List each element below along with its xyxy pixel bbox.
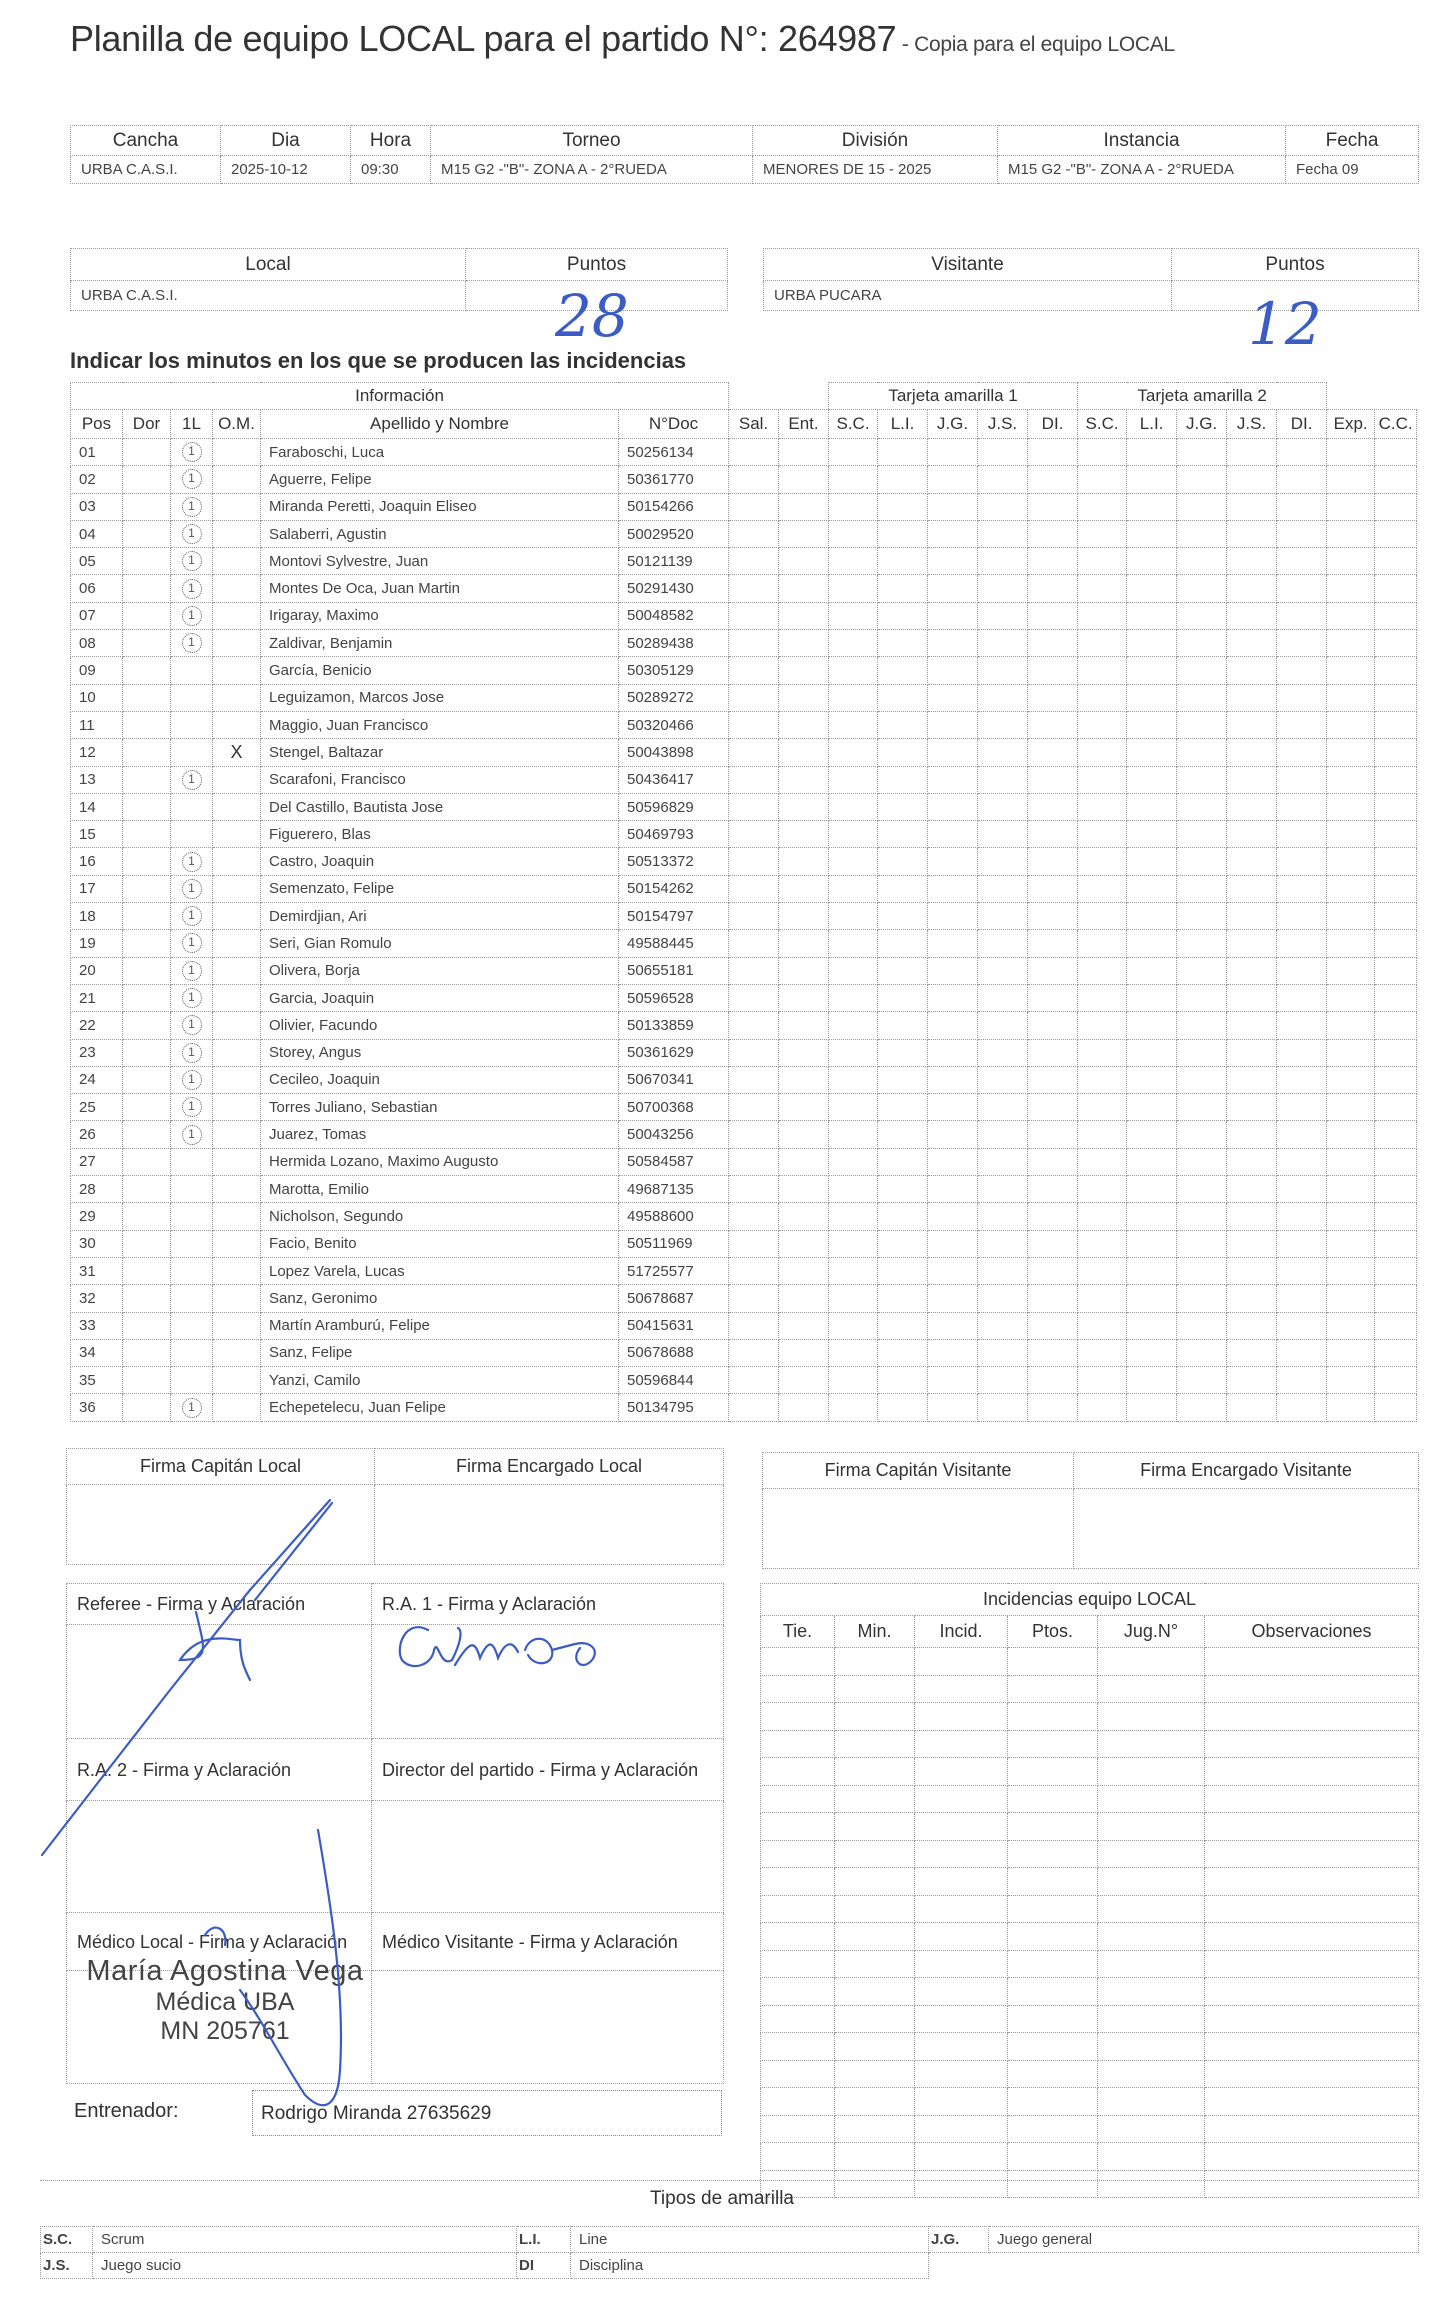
director-signature-field[interactable]: [372, 1801, 724, 1913]
incidents-cell-field[interactable]: [835, 2005, 915, 2033]
player-yc2-jg-field[interactable]: [1177, 984, 1227, 1011]
player-yc1-sc-field[interactable]: [829, 1312, 878, 1339]
player-dor-field[interactable]: [123, 548, 171, 575]
incidents-cell-field[interactable]: [835, 1950, 915, 1978]
player-yc1-li-field[interactable]: [878, 1176, 928, 1203]
player-cc-field[interactable]: [1375, 1230, 1417, 1257]
player-yc2-li-field[interactable]: [1127, 1312, 1177, 1339]
player-yc2-li-field[interactable]: [1127, 520, 1177, 547]
player-cc-field[interactable]: [1375, 1121, 1417, 1148]
player-yc2-jg-field[interactable]: [1177, 1176, 1227, 1203]
player-cc-field[interactable]: [1375, 1312, 1417, 1339]
player-yc2-js-field[interactable]: [1227, 1257, 1277, 1284]
player-cc-field[interactable]: [1375, 903, 1417, 930]
player-yc2-di-field[interactable]: [1277, 1257, 1327, 1284]
player-yc2-js-field[interactable]: [1227, 1230, 1277, 1257]
player-cc-field[interactable]: [1375, 1285, 1417, 1312]
player-yc2-di-field[interactable]: [1277, 1394, 1327, 1421]
player-yc1-di-field[interactable]: [1028, 766, 1078, 793]
referee-signature-field[interactable]: [67, 1625, 372, 1739]
player-cc-field[interactable]: [1375, 1176, 1417, 1203]
player-yc1-li-field[interactable]: [878, 1230, 928, 1257]
player-yc2-li-field[interactable]: [1127, 793, 1177, 820]
player-exp-field[interactable]: [1327, 930, 1375, 957]
player-yc2-jg-field[interactable]: [1177, 657, 1227, 684]
player-yc1-js-field[interactable]: [978, 657, 1028, 684]
incidents-cell-field[interactable]: [761, 1758, 835, 1786]
player-ent-field[interactable]: [779, 1367, 829, 1394]
player-yc2-js-field[interactable]: [1227, 793, 1277, 820]
player-yc1-li-field[interactable]: [878, 466, 928, 493]
player-yc1-di-field[interactable]: [1028, 1257, 1078, 1284]
incidents-cell-field[interactable]: [835, 1758, 915, 1786]
incidents-cell-field[interactable]: [1008, 1868, 1098, 1896]
player-yc1-sc-field[interactable]: [829, 1394, 878, 1421]
player-yc2-sc-field[interactable]: [1078, 1394, 1127, 1421]
player-yc2-li-field[interactable]: [1127, 684, 1177, 711]
player-yc1-di-field[interactable]: [1028, 602, 1078, 629]
player-yc1-js-field[interactable]: [978, 1176, 1028, 1203]
player-yc1-js-field[interactable]: [978, 1339, 1028, 1366]
incidents-cell-field[interactable]: [1205, 1675, 1419, 1703]
incidents-cell-field[interactable]: [1205, 1978, 1419, 2006]
player-cc-field[interactable]: [1375, 1394, 1417, 1421]
player-ent-field[interactable]: [779, 1012, 829, 1039]
incidents-cell-field[interactable]: [1205, 2088, 1419, 2116]
player-sal-field[interactable]: [729, 1039, 779, 1066]
player-yc1-sc-field[interactable]: [829, 1203, 878, 1230]
player-yc1-li-field[interactable]: [878, 821, 928, 848]
player-sal-field[interactable]: [729, 493, 779, 520]
incidents-cell-field[interactable]: [1205, 1813, 1419, 1841]
incidents-cell-field[interactable]: [835, 2033, 915, 2061]
player-yc1-di-field[interactable]: [1028, 1285, 1078, 1312]
player-yc2-sc-field[interactable]: [1078, 711, 1127, 738]
player-ent-field[interactable]: [779, 1039, 829, 1066]
player-dor-field[interactable]: [123, 1394, 171, 1421]
player-yc2-js-field[interactable]: [1227, 1285, 1277, 1312]
incidents-cell-field[interactable]: [1205, 1840, 1419, 1868]
player-yc2-di-field[interactable]: [1277, 848, 1327, 875]
player-dor-field[interactable]: [123, 1121, 171, 1148]
incidents-cell-field[interactable]: [835, 1978, 915, 2006]
player-yc1-sc-field[interactable]: [829, 848, 878, 875]
player-yc2-js-field[interactable]: [1227, 1039, 1277, 1066]
player-yc2-sc-field[interactable]: [1078, 1230, 1127, 1257]
player-dor-field[interactable]: [123, 984, 171, 1011]
player-yc1-jg-field[interactable]: [928, 1066, 978, 1093]
player-exp-field[interactable]: [1327, 1285, 1375, 1312]
player-yc1-jg-field[interactable]: [928, 903, 978, 930]
incidents-cell-field[interactable]: [761, 1950, 835, 1978]
player-dor-field[interactable]: [123, 684, 171, 711]
incidents-cell-field[interactable]: [1008, 2088, 1098, 2116]
player-yc1-jg-field[interactable]: [928, 684, 978, 711]
player-yc1-li-field[interactable]: [878, 903, 928, 930]
incidents-cell-field[interactable]: [1098, 1703, 1205, 1731]
player-ent-field[interactable]: [779, 575, 829, 602]
player-sal-field[interactable]: [729, 984, 779, 1011]
player-yc2-js-field[interactable]: [1227, 1012, 1277, 1039]
player-ent-field[interactable]: [779, 1148, 829, 1175]
incidents-cell-field[interactable]: [1205, 2115, 1419, 2143]
player-yc1-sc-field[interactable]: [829, 875, 878, 902]
player-dor-field[interactable]: [123, 1339, 171, 1366]
incidents-cell-field[interactable]: [761, 1813, 835, 1841]
player-dor-field[interactable]: [123, 1312, 171, 1339]
player-yc2-di-field[interactable]: [1277, 493, 1327, 520]
incidents-cell-field[interactable]: [835, 1703, 915, 1731]
player-yc2-jg-field[interactable]: [1177, 630, 1227, 657]
player-yc1-js-field[interactable]: [978, 1285, 1028, 1312]
player-yc1-di-field[interactable]: [1028, 1339, 1078, 1366]
player-yc1-di-field[interactable]: [1028, 575, 1078, 602]
incidents-cell-field[interactable]: [1098, 2088, 1205, 2116]
incidents-cell-field[interactable]: [1098, 1895, 1205, 1923]
player-yc2-di-field[interactable]: [1277, 520, 1327, 547]
player-yc2-js-field[interactable]: [1227, 439, 1277, 466]
incidents-cell-field[interactable]: [761, 1868, 835, 1896]
player-yc1-di-field[interactable]: [1028, 711, 1078, 738]
incidents-cell-field[interactable]: [761, 2088, 835, 2116]
player-dor-field[interactable]: [123, 657, 171, 684]
player-yc1-li-field[interactable]: [878, 957, 928, 984]
incidents-cell-field[interactable]: [1098, 1730, 1205, 1758]
player-yc2-sc-field[interactable]: [1078, 548, 1127, 575]
player-yc1-jg-field[interactable]: [928, 493, 978, 520]
player-yc1-jg-field[interactable]: [928, 1339, 978, 1366]
incidents-cell-field[interactable]: [1205, 1703, 1419, 1731]
player-yc2-di-field[interactable]: [1277, 1285, 1327, 1312]
player-yc2-jg-field[interactable]: [1177, 1094, 1227, 1121]
player-yc1-di-field[interactable]: [1028, 930, 1078, 957]
player-yc2-jg-field[interactable]: [1177, 875, 1227, 902]
player-yc1-li-field[interactable]: [878, 684, 928, 711]
player-yc1-jg-field[interactable]: [928, 1312, 978, 1339]
incidents-cell-field[interactable]: [835, 1923, 915, 1951]
player-yc1-di-field[interactable]: [1028, 793, 1078, 820]
player-yc1-jg-field[interactable]: [928, 1257, 978, 1284]
player-yc1-li-field[interactable]: [878, 711, 928, 738]
player-yc1-di-field[interactable]: [1028, 493, 1078, 520]
player-yc2-sc-field[interactable]: [1078, 1121, 1127, 1148]
player-dor-field[interactable]: [123, 903, 171, 930]
player-yc2-di-field[interactable]: [1277, 903, 1327, 930]
player-yc2-sc-field[interactable]: [1078, 493, 1127, 520]
player-yc2-sc-field[interactable]: [1078, 1066, 1127, 1093]
player-yc1-js-field[interactable]: [978, 493, 1028, 520]
player-sal-field[interactable]: [729, 630, 779, 657]
player-yc1-li-field[interactable]: [878, 1121, 928, 1148]
player-yc2-js-field[interactable]: [1227, 466, 1277, 493]
player-yc2-li-field[interactable]: [1127, 439, 1177, 466]
player-yc1-jg-field[interactable]: [928, 766, 978, 793]
player-yc1-js-field[interactable]: [978, 1012, 1028, 1039]
player-cc-field[interactable]: [1375, 575, 1417, 602]
player-yc2-sc-field[interactable]: [1078, 766, 1127, 793]
incidents-cell-field[interactable]: [761, 1840, 835, 1868]
player-exp-field[interactable]: [1327, 493, 1375, 520]
player-yc1-sc-field[interactable]: [829, 520, 878, 547]
player-yc2-li-field[interactable]: [1127, 984, 1177, 1011]
player-sal-field[interactable]: [729, 1339, 779, 1366]
player-yc1-sc-field[interactable]: [829, 602, 878, 629]
player-yc1-li-field[interactable]: [878, 875, 928, 902]
player-yc2-sc-field[interactable]: [1078, 957, 1127, 984]
player-yc2-js-field[interactable]: [1227, 657, 1277, 684]
player-yc1-js-field[interactable]: [978, 848, 1028, 875]
incidents-cell-field[interactable]: [1008, 1703, 1098, 1731]
incidents-cell-field[interactable]: [915, 1978, 1008, 2006]
player-yc2-sc-field[interactable]: [1078, 930, 1127, 957]
player-yc1-di-field[interactable]: [1028, 848, 1078, 875]
player-yc2-di-field[interactable]: [1277, 1094, 1327, 1121]
player-yc1-jg-field[interactable]: [928, 1367, 978, 1394]
player-cc-field[interactable]: [1375, 875, 1417, 902]
player-yc1-li-field[interactable]: [878, 602, 928, 629]
incidents-cell-field[interactable]: [1098, 2115, 1205, 2143]
player-ent-field[interactable]: [779, 548, 829, 575]
player-yc1-jg-field[interactable]: [928, 466, 978, 493]
player-cc-field[interactable]: [1375, 739, 1417, 766]
player-yc1-js-field[interactable]: [978, 1148, 1028, 1175]
incidents-cell-field[interactable]: [915, 1895, 1008, 1923]
player-yc1-li-field[interactable]: [878, 657, 928, 684]
player-sal-field[interactable]: [729, 439, 779, 466]
player-yc2-li-field[interactable]: [1127, 1039, 1177, 1066]
player-exp-field[interactable]: [1327, 548, 1375, 575]
incidents-cell-field[interactable]: [1098, 1758, 1205, 1786]
player-cc-field[interactable]: [1375, 1339, 1417, 1366]
player-sal-field[interactable]: [729, 930, 779, 957]
player-dor-field[interactable]: [123, 957, 171, 984]
incidents-cell-field[interactable]: [1008, 1978, 1098, 2006]
player-exp-field[interactable]: [1327, 575, 1375, 602]
player-sal-field[interactable]: [729, 957, 779, 984]
player-yc2-jg-field[interactable]: [1177, 1230, 1227, 1257]
player-exp-field[interactable]: [1327, 766, 1375, 793]
player-yc2-di-field[interactable]: [1277, 1312, 1327, 1339]
player-exp-field[interactable]: [1327, 1203, 1375, 1230]
player-yc1-jg-field[interactable]: [928, 1285, 978, 1312]
player-yc2-li-field[interactable]: [1127, 1394, 1177, 1421]
player-yc1-li-field[interactable]: [878, 1039, 928, 1066]
player-yc1-sc-field[interactable]: [829, 1367, 878, 1394]
player-yc1-js-field[interactable]: [978, 548, 1028, 575]
player-sal-field[interactable]: [729, 1121, 779, 1148]
player-yc1-li-field[interactable]: [878, 1094, 928, 1121]
player-yc2-di-field[interactable]: [1277, 739, 1327, 766]
player-yc2-di-field[interactable]: [1277, 875, 1327, 902]
player-yc2-jg-field[interactable]: [1177, 766, 1227, 793]
incidents-cell-field[interactable]: [1098, 1840, 1205, 1868]
player-yc1-di-field[interactable]: [1028, 1367, 1078, 1394]
incidents-cell-field[interactable]: [835, 1785, 915, 1813]
player-yc1-jg-field[interactable]: [928, 739, 978, 766]
player-yc2-js-field[interactable]: [1227, 1094, 1277, 1121]
player-ent-field[interactable]: [779, 766, 829, 793]
incidents-cell-field[interactable]: [835, 2115, 915, 2143]
player-yc1-sc-field[interactable]: [829, 739, 878, 766]
incidents-cell-field[interactable]: [1008, 1648, 1098, 1676]
player-dor-field[interactable]: [123, 630, 171, 657]
player-yc1-sc-field[interactable]: [829, 493, 878, 520]
incidents-cell-field[interactable]: [761, 1923, 835, 1951]
player-yc2-jg-field[interactable]: [1177, 1285, 1227, 1312]
incidents-cell-field[interactable]: [915, 2005, 1008, 2033]
player-yc1-di-field[interactable]: [1028, 684, 1078, 711]
player-yc2-js-field[interactable]: [1227, 903, 1277, 930]
incidents-cell-field[interactable]: [761, 1648, 835, 1676]
incidents-cell-field[interactable]: [915, 2033, 1008, 2061]
player-ent-field[interactable]: [779, 1257, 829, 1284]
player-exp-field[interactable]: [1327, 1394, 1375, 1421]
player-yc2-jg-field[interactable]: [1177, 1339, 1227, 1366]
incidents-cell-field[interactable]: [1008, 1840, 1098, 1868]
incidents-cell-field[interactable]: [1098, 1950, 1205, 1978]
player-ent-field[interactable]: [779, 984, 829, 1011]
player-yc2-js-field[interactable]: [1227, 957, 1277, 984]
player-cc-field[interactable]: [1375, 657, 1417, 684]
player-yc2-li-field[interactable]: [1127, 957, 1177, 984]
player-yc1-jg-field[interactable]: [928, 711, 978, 738]
incidents-cell-field[interactable]: [1098, 1675, 1205, 1703]
player-yc1-li-field[interactable]: [878, 739, 928, 766]
player-yc2-sc-field[interactable]: [1078, 630, 1127, 657]
incidents-cell-field[interactable]: [1205, 1785, 1419, 1813]
player-sal-field[interactable]: [729, 766, 779, 793]
player-yc2-di-field[interactable]: [1277, 984, 1327, 1011]
player-sal-field[interactable]: [729, 739, 779, 766]
player-yc2-jg-field[interactable]: [1177, 602, 1227, 629]
player-yc2-li-field[interactable]: [1127, 1367, 1177, 1394]
incidents-cell-field[interactable]: [761, 1730, 835, 1758]
player-dor-field[interactable]: [123, 1285, 171, 1312]
player-yc2-js-field[interactable]: [1227, 766, 1277, 793]
player-yc1-li-field[interactable]: [878, 1312, 928, 1339]
player-yc1-js-field[interactable]: [978, 766, 1028, 793]
player-yc2-li-field[interactable]: [1127, 1148, 1177, 1175]
player-sal-field[interactable]: [729, 657, 779, 684]
player-yc1-jg-field[interactable]: [928, 1394, 978, 1421]
visitor-manager-signature-field[interactable]: [1074, 1489, 1419, 1569]
player-yc2-sc-field[interactable]: [1078, 602, 1127, 629]
player-yc1-li-field[interactable]: [878, 439, 928, 466]
player-dor-field[interactable]: [123, 575, 171, 602]
player-yc2-li-field[interactable]: [1127, 1012, 1177, 1039]
incidents-cell-field[interactable]: [1098, 1813, 1205, 1841]
player-yc1-jg-field[interactable]: [928, 1203, 978, 1230]
incidents-cell-field[interactable]: [1008, 2060, 1098, 2088]
player-sal-field[interactable]: [729, 711, 779, 738]
player-ent-field[interactable]: [779, 1066, 829, 1093]
player-yc2-sc-field[interactable]: [1078, 875, 1127, 902]
player-yc2-di-field[interactable]: [1277, 602, 1327, 629]
player-yc1-js-field[interactable]: [978, 1121, 1028, 1148]
player-yc1-li-field[interactable]: [878, 630, 928, 657]
player-yc2-sc-field[interactable]: [1078, 684, 1127, 711]
player-yc2-js-field[interactable]: [1227, 821, 1277, 848]
incidents-cell-field[interactable]: [835, 2088, 915, 2116]
player-yc1-li-field[interactable]: [878, 520, 928, 547]
player-yc2-sc-field[interactable]: [1078, 1176, 1127, 1203]
incidents-cell-field[interactable]: [1008, 1950, 1098, 1978]
player-cc-field[interactable]: [1375, 1257, 1417, 1284]
player-yc1-sc-field[interactable]: [829, 1148, 878, 1175]
player-sal-field[interactable]: [729, 1094, 779, 1121]
player-yc2-jg-field[interactable]: [1177, 684, 1227, 711]
player-yc1-di-field[interactable]: [1028, 1312, 1078, 1339]
player-yc2-js-field[interactable]: [1227, 602, 1277, 629]
player-ent-field[interactable]: [779, 739, 829, 766]
player-yc2-li-field[interactable]: [1127, 1230, 1177, 1257]
player-yc2-jg-field[interactable]: [1177, 848, 1227, 875]
incidents-cell-field[interactable]: [835, 1868, 915, 1896]
player-yc2-js-field[interactable]: [1227, 1148, 1277, 1175]
player-yc1-sc-field[interactable]: [829, 1094, 878, 1121]
player-cc-field[interactable]: [1375, 848, 1417, 875]
player-cc-field[interactable]: [1375, 1012, 1417, 1039]
player-yc2-di-field[interactable]: [1277, 575, 1327, 602]
player-yc1-js-field[interactable]: [978, 957, 1028, 984]
player-ent-field[interactable]: [779, 711, 829, 738]
incidents-cell-field[interactable]: [915, 1758, 1008, 1786]
player-yc1-jg-field[interactable]: [928, 1148, 978, 1175]
incidents-cell-field[interactable]: [915, 1785, 1008, 1813]
player-yc2-li-field[interactable]: [1127, 1339, 1177, 1366]
player-dor-field[interactable]: [123, 1367, 171, 1394]
player-yc2-li-field[interactable]: [1127, 711, 1177, 738]
player-ent-field[interactable]: [779, 630, 829, 657]
incidents-cell-field[interactable]: [1008, 2143, 1098, 2171]
player-yc1-di-field[interactable]: [1028, 439, 1078, 466]
player-sal-field[interactable]: [729, 1312, 779, 1339]
player-yc2-di-field[interactable]: [1277, 821, 1327, 848]
incidents-cell-field[interactable]: [835, 1648, 915, 1676]
player-yc1-di-field[interactable]: [1028, 1039, 1078, 1066]
player-yc1-jg-field[interactable]: [928, 821, 978, 848]
player-sal-field[interactable]: [729, 1367, 779, 1394]
player-yc2-li-field[interactable]: [1127, 848, 1177, 875]
player-yc2-sc-field[interactable]: [1078, 1339, 1127, 1366]
player-yc2-li-field[interactable]: [1127, 466, 1177, 493]
player-yc1-sc-field[interactable]: [829, 1039, 878, 1066]
player-cc-field[interactable]: [1375, 493, 1417, 520]
player-yc1-sc-field[interactable]: [829, 711, 878, 738]
player-yc2-js-field[interactable]: [1227, 548, 1277, 575]
player-dor-field[interactable]: [123, 439, 171, 466]
player-yc1-js-field[interactable]: [978, 1066, 1028, 1093]
player-sal-field[interactable]: [729, 875, 779, 902]
player-cc-field[interactable]: [1375, 1367, 1417, 1394]
player-exp-field[interactable]: [1327, 1066, 1375, 1093]
player-yc1-js-field[interactable]: [978, 821, 1028, 848]
player-yc1-jg-field[interactable]: [928, 657, 978, 684]
player-yc1-di-field[interactable]: [1028, 821, 1078, 848]
player-ent-field[interactable]: [779, 1121, 829, 1148]
player-yc1-jg-field[interactable]: [928, 548, 978, 575]
doctor-visitor-signature-field[interactable]: [372, 1971, 724, 2084]
player-yc1-jg-field[interactable]: [928, 575, 978, 602]
player-exp-field[interactable]: [1327, 1012, 1375, 1039]
player-yc1-sc-field[interactable]: [829, 1012, 878, 1039]
incidents-cell-field[interactable]: [1205, 1758, 1419, 1786]
player-ent-field[interactable]: [779, 1094, 829, 1121]
player-exp-field[interactable]: [1327, 1367, 1375, 1394]
player-dor-field[interactable]: [123, 1257, 171, 1284]
player-yc2-li-field[interactable]: [1127, 739, 1177, 766]
player-ent-field[interactable]: [779, 1230, 829, 1257]
